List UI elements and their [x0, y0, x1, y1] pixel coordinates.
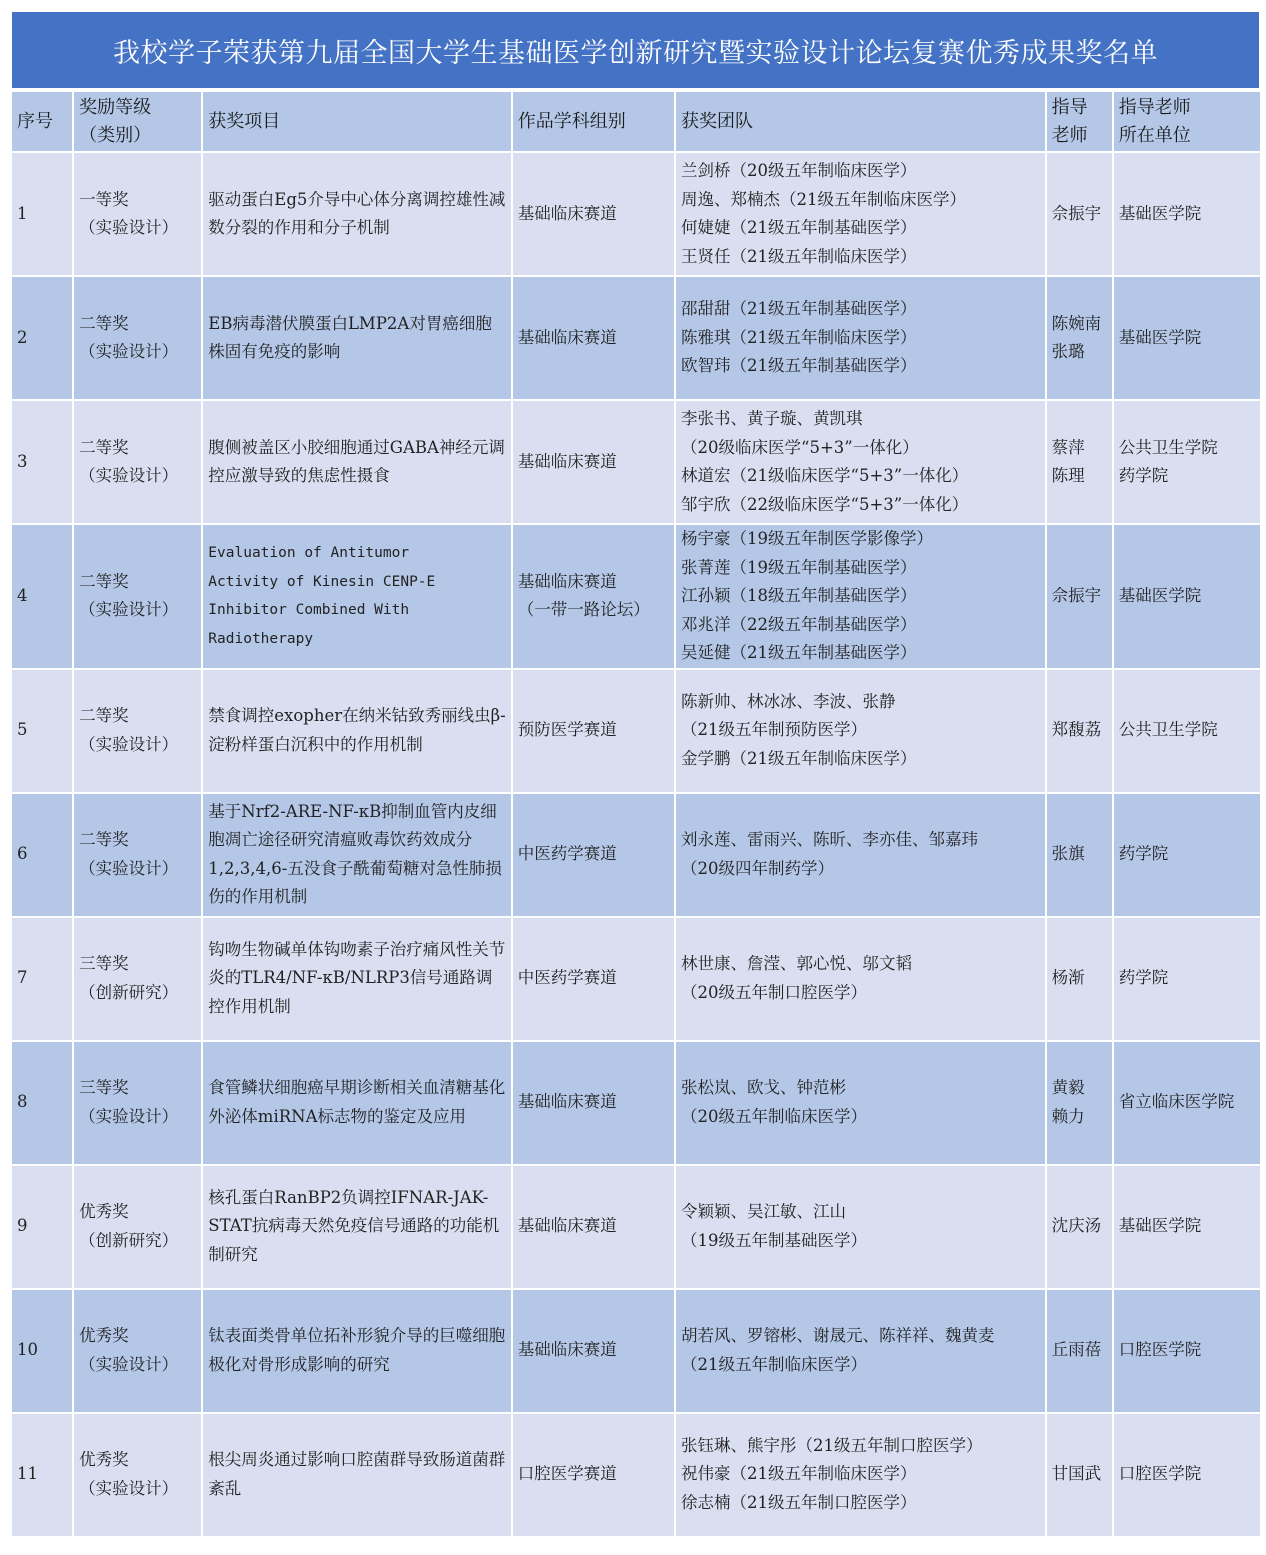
cell-award-level: 优秀奖（实验设计） — [74, 1290, 201, 1412]
cell-track: 基础临床赛道 — [513, 401, 674, 523]
cell-track: 基础临床赛道 — [513, 1042, 674, 1164]
project-title: EB病毒潜伏膜蛋白LMP2A对胃癌细胞株固有免疫的影响 — [208, 310, 505, 367]
advisor-name: 陈婉南 — [1052, 310, 1107, 339]
header-label: 获奖项目 — [208, 108, 505, 136]
team-member-line: 令颖颖、吴江敏、江山 — [681, 1198, 1040, 1227]
header-no: 序号 — [12, 92, 72, 151]
team-member-line: 林道宏（21级临床医学“5+3”一体化） — [681, 462, 1040, 491]
cell-team: 陈新帅、林冰冰、李波、张静（21级五年制预防医学）金学鹏（21级五年制临床医学） — [676, 670, 1045, 792]
cell-advisor-unit: 公共卫生学院药学院 — [1114, 401, 1260, 523]
cell-team: 胡若风、罗镕彬、谢晟元、陈祥祥、魏黄麦（21级五年制临床医学） — [676, 1290, 1045, 1412]
advisor-name: 甘国武 — [1052, 1460, 1107, 1489]
team-member-line: 王贤任（21级五年制临床医学） — [681, 243, 1040, 272]
cell-track: 中医药学赛道 — [513, 794, 674, 916]
track-line: 中医药学赛道 — [518, 840, 669, 869]
project-title: 钛表面类骨单位拓补形貌介导的巨噬细胞极化对骨形成影响的研究 — [208, 1322, 505, 1379]
cell-track: 基础临床赛道 — [513, 153, 674, 275]
cell-no: 6 — [12, 794, 72, 916]
project-title: 根尖周炎通过影响口腔菌群导致肠道菌群紊乱 — [208, 1446, 505, 1503]
cell-team: 令颖颖、吴江敏、江山（19级五年制基础医学） — [676, 1166, 1045, 1288]
track-line: 基础临床赛道 — [518, 448, 669, 477]
cell-advisor-unit: 口腔医学院 — [1114, 1414, 1260, 1536]
advisor-name: 蔡萍 — [1052, 434, 1107, 463]
cell-project: 禁食调控exopher在纳米钴致秀丽线虫β-淀粉样蛋白沉积中的作用机制 — [203, 670, 510, 792]
cell-no: 2 — [12, 277, 72, 399]
team-member-line: 张钰琳、熊宇彤（21级五年制口腔医学） — [681, 1432, 1040, 1461]
team-member-line: （19级五年制基础医学） — [681, 1227, 1040, 1256]
award-level-line: 优秀奖 — [79, 1446, 196, 1475]
award-level-line: （创新研究） — [79, 979, 196, 1008]
cell-no: 3 — [12, 401, 72, 523]
cell-track: 基础临床赛道 — [513, 1166, 674, 1288]
cell-award-level: 三等奖（实验设计） — [74, 1042, 201, 1164]
team-member-line: 陈新帅、林冰冰、李波、张静 — [681, 688, 1040, 717]
advisor-name: 沈庆汤 — [1052, 1212, 1107, 1241]
award-level-line: 三等奖 — [79, 950, 196, 979]
table-row: 7三等奖（创新研究）钩吻生物碱单体钩吻素子治疗痛风性关节炎的TLR4/NF-κB… — [12, 918, 1260, 1040]
table-row: 4二等奖（实验设计）Evaluation of AntitumorActivit… — [12, 525, 1260, 668]
header-award-level: 奖励等级（类别） — [74, 92, 201, 151]
cell-award-level: 优秀奖（实验设计） — [74, 1414, 201, 1536]
award-level-line: 二等奖 — [79, 568, 196, 597]
cell-team: 林世康、詹滢、郭心悦、邬文韬（20级五年制口腔医学） — [676, 918, 1045, 1040]
cell-project: 基于Nrf2-ARE-NF-κB抑制血管内皮细胞凋亡途径研究清瘟败毒饮药效成分1… — [203, 794, 510, 916]
cell-team: 杨宇豪（19级五年制医学影像学）张菁莲（19级五年制基础医学）江孙颖（18级五年… — [676, 525, 1045, 668]
advisor-name: 郑馥荔 — [1052, 716, 1107, 745]
advisor-name: 赖力 — [1052, 1103, 1107, 1132]
cell-no: 4 — [12, 525, 72, 668]
award-level-line: 一等奖 — [79, 186, 196, 215]
table-row: 10优秀奖（实验设计）钛表面类骨单位拓补形貌介导的巨噬细胞极化对骨形成影响的研究… — [12, 1290, 1260, 1412]
project-line: Inhibitor Combined With — [208, 596, 505, 625]
team-member-line: 陈雅琪（21级五年制临床医学） — [681, 324, 1040, 353]
advisor-unit: 省立临床医学院 — [1119, 1088, 1255, 1117]
cell-advisor-unit: 基础医学院 — [1114, 525, 1260, 668]
header-label: 指导 — [1052, 94, 1107, 122]
team-member-line: （20级五年制临床医学） — [681, 1103, 1040, 1132]
cell-project: Evaluation of AntitumorActivity of Kines… — [203, 525, 510, 668]
team-member-line: 祝伟豪（21级五年制临床医学） — [681, 1460, 1040, 1489]
cell-advisor-unit: 基础医学院 — [1114, 277, 1260, 399]
award-level-line: （实验设计） — [79, 338, 196, 367]
cell-advisor: 佘振宇 — [1047, 153, 1112, 275]
project-line: Activity of Kinesin CENP-E — [208, 568, 505, 597]
cell-advisor: 佘振宇 — [1047, 525, 1112, 668]
cell-project: 根尖周炎通过影响口腔菌群导致肠道菌群紊乱 — [203, 1414, 510, 1536]
team-member-line: 邓兆洋（22级五年制基础医学） — [681, 611, 1040, 640]
cell-project: EB病毒潜伏膜蛋白LMP2A对胃癌细胞株固有免疫的影响 — [203, 277, 510, 399]
team-member-line: 张松岚、欧戈、钟范彬 — [681, 1074, 1040, 1103]
project-title: 禁食调控exopher在纳米钴致秀丽线虫β-淀粉样蛋白沉积中的作用机制 — [208, 702, 505, 759]
team-member-line: 欧智玮（21级五年制基础医学） — [681, 352, 1040, 381]
table-row: 8三等奖（实验设计）食管鳞状细胞癌早期诊断相关血清糖基化外泌体miRNA标志物的… — [12, 1042, 1260, 1164]
team-member-line: （21级五年制预防医学） — [681, 716, 1040, 745]
award-level-line: （实验设计） — [79, 1103, 196, 1132]
award-level-line: 优秀奖 — [79, 1198, 196, 1227]
team-member-line: 江孙颖（18级五年制基础医学） — [681, 582, 1040, 611]
cell-project: 食管鳞状细胞癌早期诊断相关血清糖基化外泌体miRNA标志物的鉴定及应用 — [203, 1042, 510, 1164]
cell-team: 张松岚、欧戈、钟范彬（20级五年制临床医学） — [676, 1042, 1045, 1164]
cell-no: 11 — [12, 1414, 72, 1536]
cell-advisor: 沈庆汤 — [1047, 1166, 1112, 1288]
cell-advisor-unit: 口腔医学院 — [1114, 1290, 1260, 1412]
cell-team: 兰剑桥（20级五年制临床医学）周逸、郑楠杰（21级五年制临床医学）何婕婕（21级… — [676, 153, 1045, 275]
award-level-line: 二等奖 — [79, 310, 196, 339]
cell-project: 腹侧被盖区小胶细胞通过GABA神经元调控应激导致的焦虑性摄食 — [203, 401, 510, 523]
table-body: 1一等奖（实验设计）驱动蛋白Eg5介导中心体分离调控雄性减数分裂的作用和分子机制… — [12, 153, 1260, 1536]
header-label: 获奖团队 — [681, 108, 1040, 136]
advisor-unit: 药学院 — [1119, 840, 1255, 869]
table-row: 6二等奖（实验设计）基于Nrf2-ARE-NF-κB抑制血管内皮细胞凋亡途径研究… — [12, 794, 1260, 916]
award-level-line: （实验设计） — [79, 731, 196, 760]
award-level-line: 二等奖 — [79, 826, 196, 855]
cell-award-level: 二等奖（实验设计） — [74, 277, 201, 399]
team-member-line: 刘永莲、雷雨兴、陈昕、李亦佳、邹嘉玮 — [681, 826, 1040, 855]
cell-project: 钩吻生物碱单体钩吻素子治疗痛风性关节炎的TLR4/NF-κB/NLRP3信号通路… — [203, 918, 510, 1040]
cell-advisor-unit: 药学院 — [1114, 918, 1260, 1040]
cell-no: 9 — [12, 1166, 72, 1288]
table-row: 3二等奖（实验设计）腹侧被盖区小胶细胞通过GABA神经元调控应激导致的焦虑性摄食… — [12, 401, 1260, 523]
track-line: 预防医学赛道 — [518, 716, 669, 745]
award-level-line: （实验设计） — [79, 462, 196, 491]
cell-advisor-unit: 公共卫生学院 — [1114, 670, 1260, 792]
header-project: 获奖项目 — [203, 92, 510, 151]
award-level-line: （创新研究） — [79, 1227, 196, 1256]
award-level-line: （实验设计） — [79, 596, 196, 625]
track-line: （一带一路论坛） — [518, 596, 669, 625]
award-level-line: （实验设计） — [79, 855, 196, 884]
track-line: 中医药学赛道 — [518, 964, 669, 993]
award-level-line: 三等奖 — [79, 1074, 196, 1103]
advisor-unit: 口腔医学院 — [1119, 1460, 1255, 1489]
header-track: 作品学科组别 — [513, 92, 674, 151]
advisor-name: 佘振宇 — [1052, 582, 1107, 611]
award-level-line: 二等奖 — [79, 702, 196, 731]
cell-track: 基础临床赛道 — [513, 1290, 674, 1412]
project-title: 基于Nrf2-ARE-NF-κB抑制血管内皮细胞凋亡途径研究清瘟败毒饮药效成分1… — [208, 798, 505, 912]
cell-track: 中医药学赛道 — [513, 918, 674, 1040]
header-label: 作品学科组别 — [518, 108, 669, 136]
award-level-line: （实验设计） — [79, 1351, 196, 1380]
header-row: 序号奖励等级（类别）获奖项目作品学科组别获奖团队指导老师指导老师所在单位 — [12, 92, 1260, 151]
advisor-unit: 基础医学院 — [1119, 1212, 1255, 1241]
cell-team: 李张书、黄子璇、黄凯琪（20级临床医学“5+3”一体化）林道宏（21级临床医学“… — [676, 401, 1045, 523]
cell-advisor-unit: 基础医学院 — [1114, 153, 1260, 275]
team-member-line: 杨宇豪（19级五年制医学影像学） — [681, 525, 1040, 554]
project-line: Evaluation of Antitumor — [208, 539, 505, 568]
advisor-name: 陈理 — [1052, 462, 1107, 491]
team-member-line: 吴延健（21级五年制基础医学） — [681, 639, 1040, 668]
cell-advisor: 陈婉南张璐 — [1047, 277, 1112, 399]
cell-advisor-unit: 药学院 — [1114, 794, 1260, 916]
advisor-unit: 基础医学院 — [1119, 324, 1255, 353]
cell-no: 7 — [12, 918, 72, 1040]
project-title: 钩吻生物碱单体钩吻素子治疗痛风性关节炎的TLR4/NF-κB/NLRP3信号通路… — [208, 936, 505, 1022]
awards-table: 序号奖励等级（类别）获奖项目作品学科组别获奖团队指导老师指导老师所在单位 1一等… — [10, 90, 1262, 1538]
team-member-line: （20级五年制口腔医学） — [681, 979, 1040, 1008]
team-member-line: 兰剑桥（20级五年制临床医学） — [681, 157, 1040, 186]
cell-advisor: 蔡萍陈理 — [1047, 401, 1112, 523]
page-title: 我校学子荣获第九届全国大学生基础医学创新研究暨实验设计论坛复赛优秀成果奖名单 — [12, 12, 1259, 88]
header-label: 指导老师 — [1119, 94, 1255, 122]
cell-advisor: 黄毅赖力 — [1047, 1042, 1112, 1164]
header-label: 老师 — [1052, 122, 1107, 150]
advisor-name: 黄毅 — [1052, 1074, 1107, 1103]
cell-track: 口腔医学赛道 — [513, 1414, 674, 1536]
cell-track: 基础临床赛道（一带一路论坛） — [513, 525, 674, 668]
table-row: 2二等奖（实验设计）EB病毒潜伏膜蛋白LMP2A对胃癌细胞株固有免疫的影响基础临… — [12, 277, 1260, 399]
cell-advisor: 丘雨蓓 — [1047, 1290, 1112, 1412]
advisor-unit: 基础医学院 — [1119, 200, 1255, 229]
team-member-line: 邵甜甜（21级五年制基础医学） — [681, 295, 1040, 324]
advisor-name: 张璐 — [1052, 338, 1107, 367]
track-line: 基础临床赛道 — [518, 1212, 669, 1241]
team-member-line: 周逸、郑楠杰（21级五年制临床医学） — [681, 186, 1040, 215]
team-member-line: 徐志楠（21级五年制口腔医学） — [681, 1489, 1040, 1518]
header-label: 奖励等级 — [79, 94, 196, 122]
cell-award-level: 二等奖（实验设计） — [74, 794, 201, 916]
cell-track: 基础临床赛道 — [513, 277, 674, 399]
project-title: 驱动蛋白Eg5介导中心体分离调控雄性减数分裂的作用和分子机制 — [208, 186, 505, 243]
track-line: 基础临床赛道 — [518, 1336, 669, 1365]
header-advisor-unit: 指导老师所在单位 — [1114, 92, 1260, 151]
cell-advisor: 郑馥荔 — [1047, 670, 1112, 792]
cell-advisor: 杨渐 — [1047, 918, 1112, 1040]
project-title: 核孔蛋白RanBP2负调控IFNAR-JAK-STAT抗病毒天然免疫信号通路的功… — [208, 1184, 505, 1270]
cell-advisor: 甘国武 — [1047, 1414, 1112, 1536]
team-member-line: （20级临床医学“5+3”一体化） — [681, 434, 1040, 463]
track-line: 基础临床赛道 — [518, 568, 669, 597]
team-member-line: 金学鹏（21级五年制临床医学） — [681, 745, 1040, 774]
cell-no: 5 — [12, 670, 72, 792]
cell-track: 预防医学赛道 — [513, 670, 674, 792]
header-advisor: 指导老师 — [1047, 92, 1112, 151]
cell-no: 10 — [12, 1290, 72, 1412]
project-title: 腹侧被盖区小胶细胞通过GABA神经元调控应激导致的焦虑性摄食 — [208, 434, 505, 491]
advisor-unit: 药学院 — [1119, 964, 1255, 993]
advisor-unit: 公共卫生学院 — [1119, 434, 1255, 463]
advisor-name: 张旗 — [1052, 840, 1107, 869]
cell-team: 邵甜甜（21级五年制基础医学）陈雅琪（21级五年制临床医学）欧智玮（21级五年制… — [676, 277, 1045, 399]
team-member-line: （21级五年制临床医学） — [681, 1351, 1040, 1380]
header-label: 所在单位 — [1119, 122, 1255, 150]
table-row: 11优秀奖（实验设计）根尖周炎通过影响口腔菌群导致肠道菌群紊乱口腔医学赛道张钰琳… — [12, 1414, 1260, 1536]
advisor-name: 杨渐 — [1052, 964, 1107, 993]
header-label: 序号 — [17, 108, 67, 136]
advisor-unit: 基础医学院 — [1119, 582, 1255, 611]
table-row: 9优秀奖（创新研究）核孔蛋白RanBP2负调控IFNAR-JAK-STAT抗病毒… — [12, 1166, 1260, 1288]
track-line: 基础临床赛道 — [518, 200, 669, 229]
table-row: 5二等奖（实验设计）禁食调控exopher在纳米钴致秀丽线虫β-淀粉样蛋白沉积中… — [12, 670, 1260, 792]
advisor-unit: 口腔医学院 — [1119, 1336, 1255, 1365]
cell-project: 核孔蛋白RanBP2负调控IFNAR-JAK-STAT抗病毒天然免疫信号通路的功… — [203, 1166, 510, 1288]
cell-award-level: 二等奖（实验设计） — [74, 401, 201, 523]
cell-advisor-unit: 省立临床医学院 — [1114, 1042, 1260, 1164]
team-member-line: 张菁莲（19级五年制基础医学） — [681, 554, 1040, 583]
track-line: 基础临床赛道 — [518, 324, 669, 353]
cell-award-level: 二等奖（实验设计） — [74, 670, 201, 792]
cell-award-level: 二等奖（实验设计） — [74, 525, 201, 668]
team-member-line: （20级四年制药学） — [681, 855, 1040, 884]
cell-advisor-unit: 基础医学院 — [1114, 1166, 1260, 1288]
team-member-line: 邹宇欣（22级临床医学“5+3”一体化） — [681, 491, 1040, 520]
team-member-line: 何婕婕（21级五年制基础医学） — [681, 214, 1040, 243]
cell-award-level: 优秀奖（创新研究） — [74, 1166, 201, 1288]
cell-advisor: 张旗 — [1047, 794, 1112, 916]
cell-team: 张钰琳、熊宇彤（21级五年制口腔医学）祝伟豪（21级五年制临床医学）徐志楠（21… — [676, 1414, 1045, 1536]
table-row: 1一等奖（实验设计）驱动蛋白Eg5介导中心体分离调控雄性减数分裂的作用和分子机制… — [12, 153, 1260, 275]
header-team: 获奖团队 — [676, 92, 1045, 151]
track-line: 口腔医学赛道 — [518, 1460, 669, 1489]
table-continuation — [12, 1547, 1260, 1555]
header-label: （类别） — [79, 122, 196, 150]
track-line: 基础临床赛道 — [518, 1088, 669, 1117]
award-level-line: 二等奖 — [79, 434, 196, 463]
cell-project: 驱动蛋白Eg5介导中心体分离调控雄性减数分裂的作用和分子机制 — [203, 153, 510, 275]
cell-award-level: 三等奖（创新研究） — [74, 918, 201, 1040]
award-level-line: （实验设计） — [79, 1475, 196, 1504]
advisor-name: 佘振宇 — [1052, 200, 1107, 229]
advisor-name: 丘雨蓓 — [1052, 1336, 1107, 1365]
cell-project: 钛表面类骨单位拓补形貌介导的巨噬细胞极化对骨形成影响的研究 — [203, 1290, 510, 1412]
team-member-line: 李张书、黄子璇、黄凯琪 — [681, 405, 1040, 434]
advisor-unit: 药学院 — [1119, 462, 1255, 491]
team-member-line: 胡若风、罗镕彬、谢晟元、陈祥祥、魏黄麦 — [681, 1322, 1040, 1351]
cell-no: 1 — [12, 153, 72, 275]
award-level-line: 优秀奖 — [79, 1322, 196, 1351]
award-level-line: （实验设计） — [79, 214, 196, 243]
advisor-unit: 公共卫生学院 — [1119, 716, 1255, 745]
project-title: 食管鳞状细胞癌早期诊断相关血清糖基化外泌体miRNA标志物的鉴定及应用 — [208, 1074, 505, 1131]
cell-no: 8 — [12, 1042, 72, 1164]
project-line: Radiotherapy — [208, 625, 505, 654]
cell-award-level: 一等奖（实验设计） — [74, 153, 201, 275]
cell-team: 刘永莲、雷雨兴、陈昕、李亦佳、邹嘉玮（20级四年制药学） — [676, 794, 1045, 916]
team-member-line: 林世康、詹滢、郭心悦、邬文韬 — [681, 950, 1040, 979]
